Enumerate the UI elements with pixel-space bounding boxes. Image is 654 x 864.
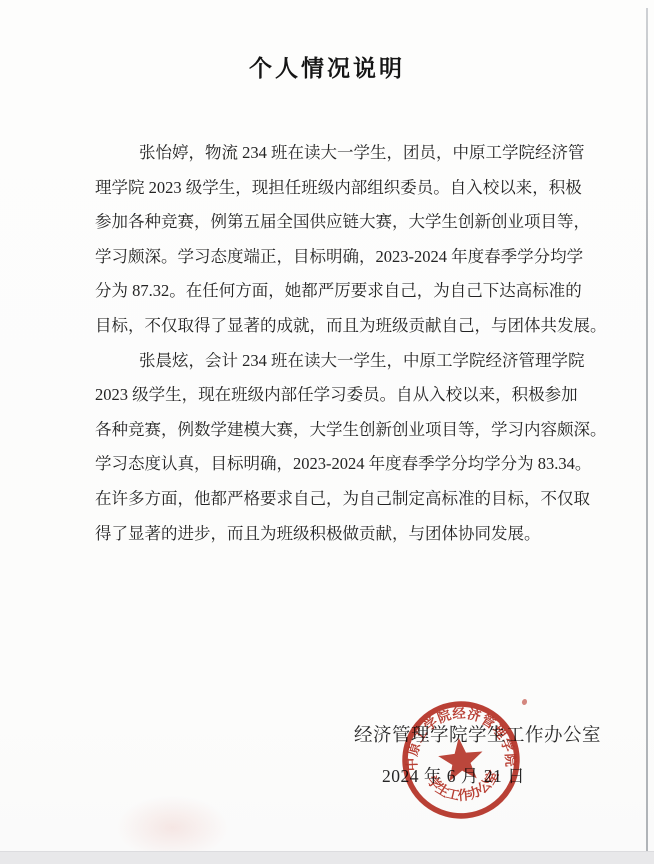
- text-line: 张晨炫，会计 234 班在读大一学生，中原工学院经济管理学院: [95, 344, 595, 379]
- seal-star-icon: [437, 735, 486, 782]
- document-body: 张怡婷，物流 234 班在读大一学生，团员，中原工学院经济管 理学院 2023 …: [95, 136, 595, 551]
- text-line: 分为 87.32。在任何方面，她都严厉要求自己，为自己下达高标准的: [95, 274, 595, 309]
- text-line: 得了显著的进步，而且为班级积极做贡献，与团体协同发展。: [95, 517, 595, 552]
- svg-text:学生工作办公室: 学生工作办公室: [423, 765, 504, 806]
- official-seal-stamp-icon: 中原工学院经济管理学院 学生工作办公室: [394, 693, 528, 827]
- text-line: 张怡婷，物流 234 班在读大一学生，团员，中原工学院经济管: [95, 136, 595, 171]
- document-title: 个人情况说明: [0, 50, 654, 83]
- text-line: 2023 级学生，现在班级内部任学习委员。自从入校以来，积极参加: [95, 378, 595, 413]
- scan-page-edge: [646, 8, 648, 852]
- text-line: 目标，不仅取得了显著的成就，而且为班级贡献自己，与团体共发展。: [95, 309, 595, 344]
- text-line: 学习颇深。学习态度端正，目标明确，2023-2024 年度春季学分均学: [95, 240, 595, 275]
- text-line: 各种竞赛，例数学建模大赛，大学生创新创业项目等，学习内容颇深。: [95, 413, 595, 448]
- text-line: 学习态度认真，目标明确，2023-2024 年度春季学分均学分为 83.34。: [95, 447, 595, 482]
- scanned-document-page: 个人情况说明 张怡婷，物流 234 班在读大一学生，团员，中原工学院经济管 理学…: [0, 0, 654, 864]
- paragraph-2: 张晨炫，会计 234 班在读大一学生，中原工学院经济管理学院 2023 级学生，…: [95, 344, 595, 552]
- paragraph-1: 张怡婷，物流 234 班在读大一学生，团员，中原工学院经济管 理学院 2023 …: [95, 136, 595, 344]
- seal-ink-fleck: [521, 698, 528, 705]
- seal-bottom-text: 学生工作办公室: [423, 765, 504, 806]
- scan-bottom-edge: [0, 851, 654, 864]
- text-line: 在许多方面，他都严格要求自己，为自己制定高标准的目标，不仅取: [95, 482, 595, 517]
- text-line: 参加各种竞赛，例第五届全国供应链大赛，大学生创新创业项目等，: [95, 205, 595, 240]
- text-line: 理学院 2023 级学生，现担任班级内部组织委员。自入校以来，积极: [95, 171, 595, 206]
